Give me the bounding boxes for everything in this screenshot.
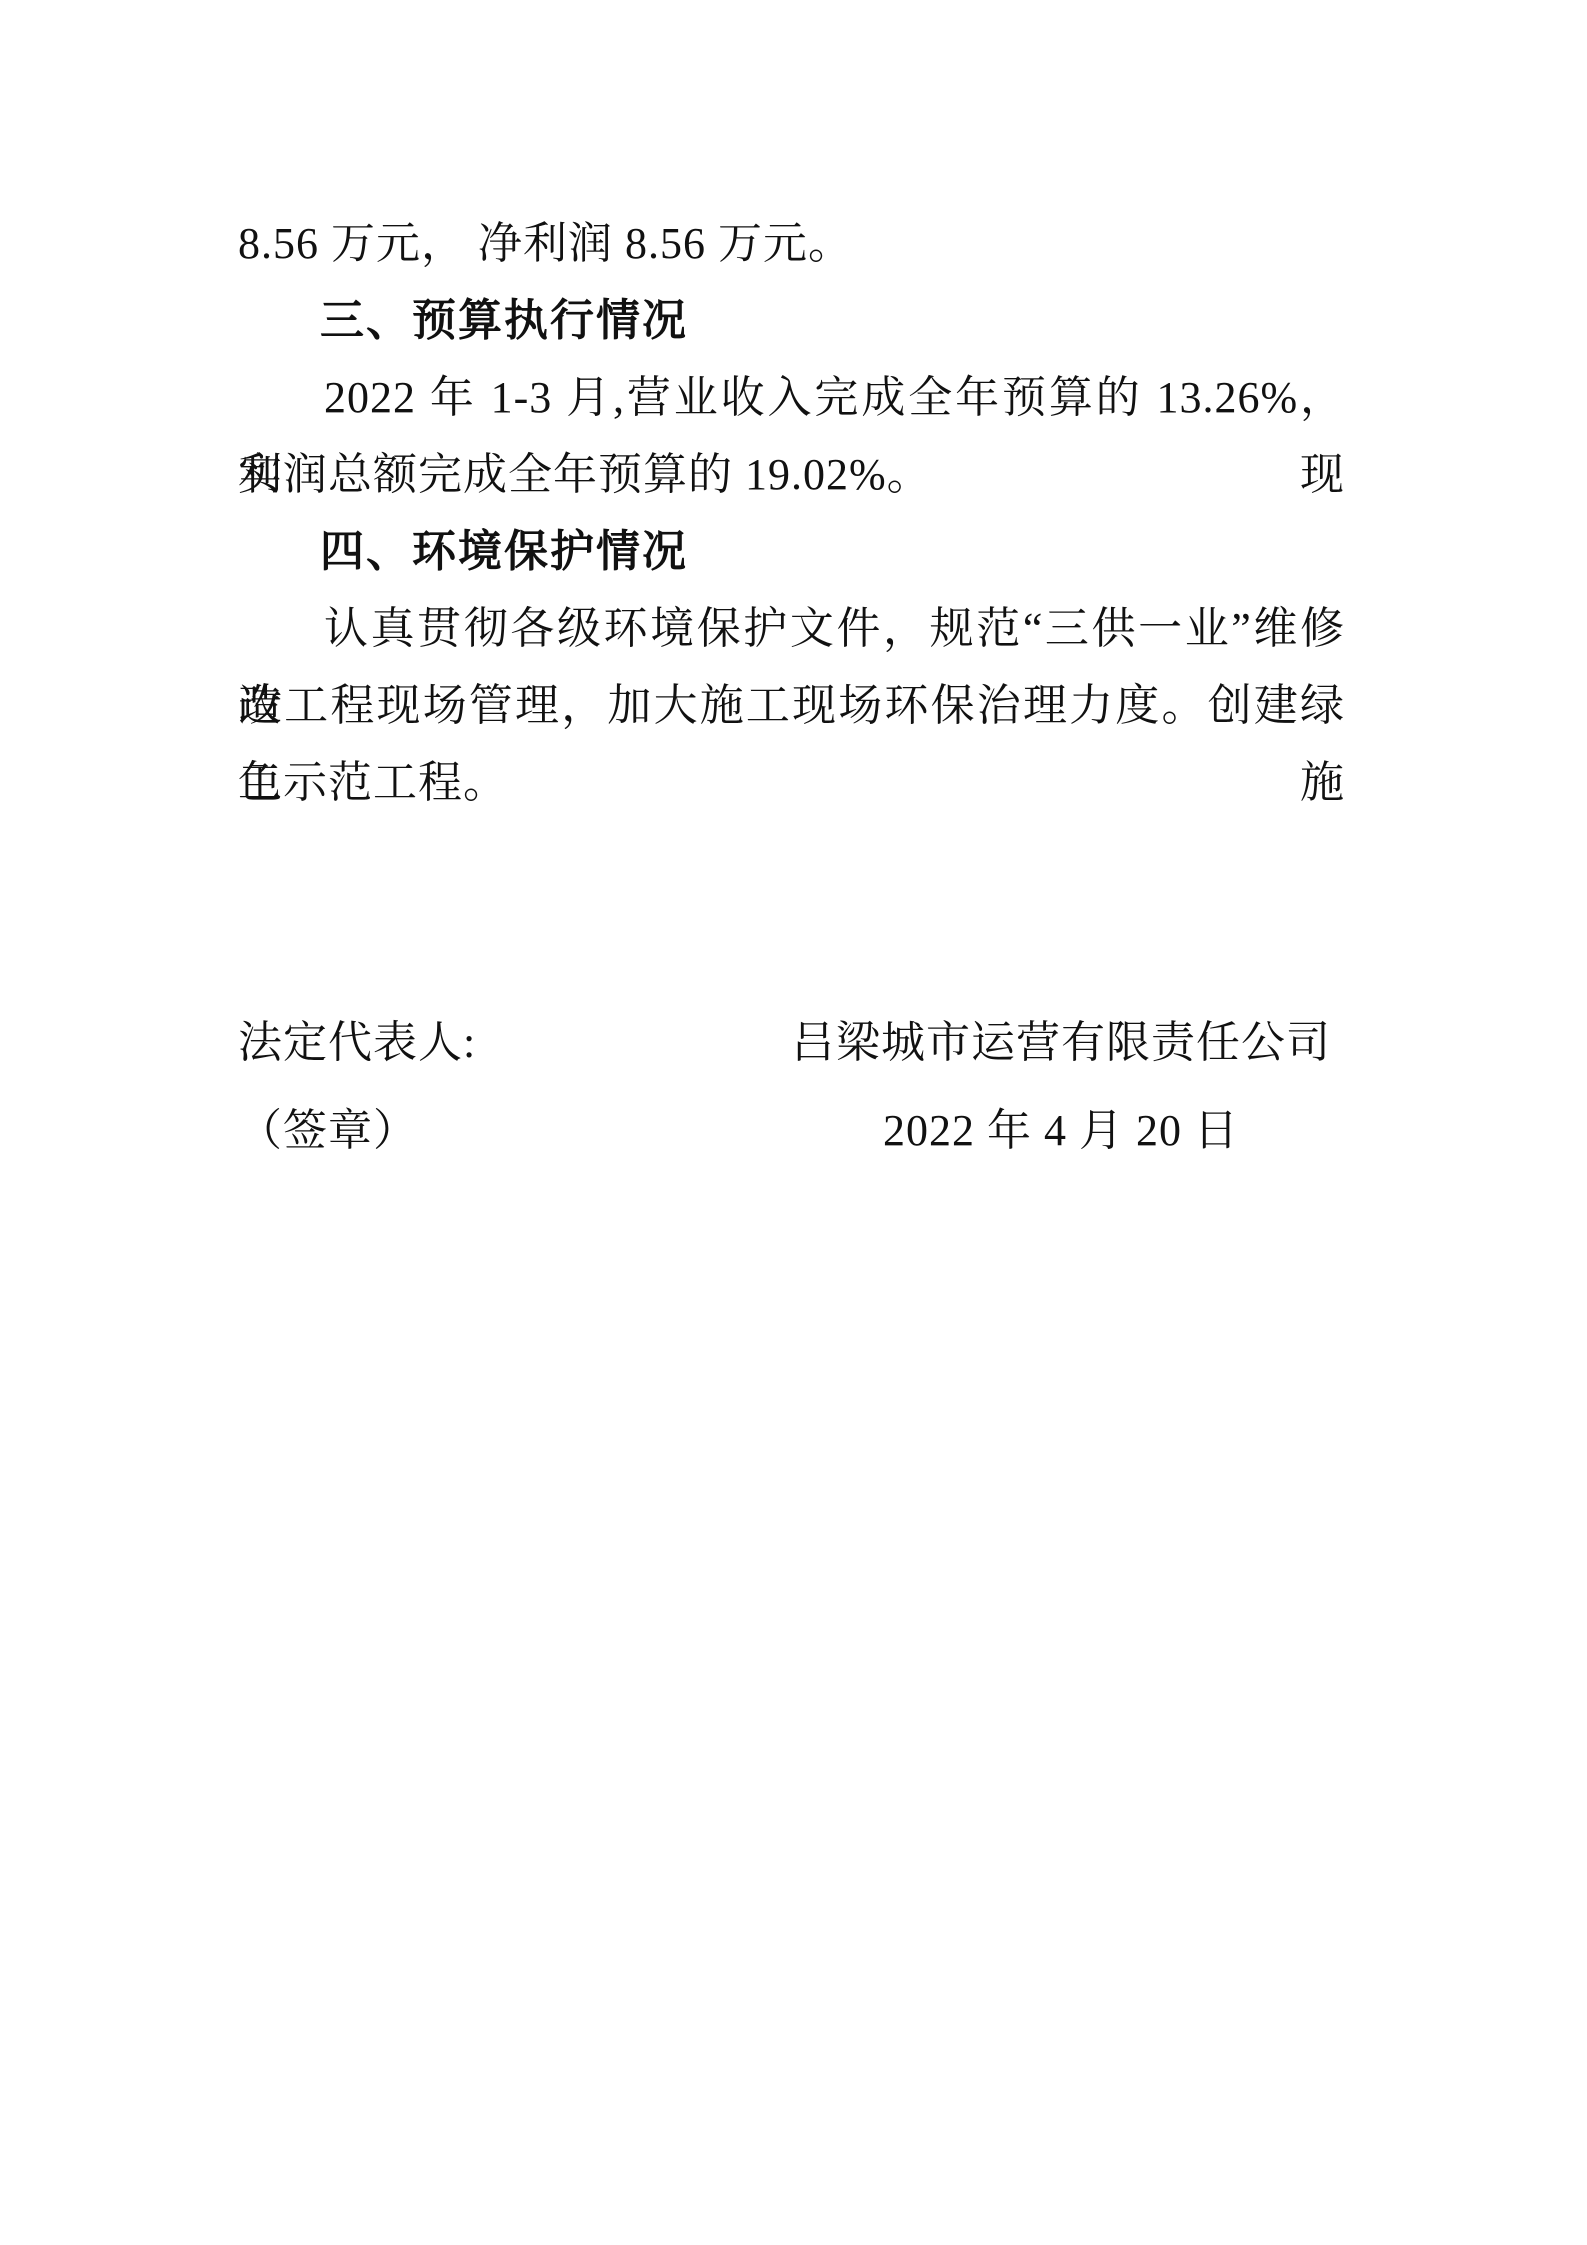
- paragraph-operating-results-end: 8.56 万元， 净利润 8.56 万元。: [238, 205, 1345, 282]
- section-3-line-1: 2022 年 1-3 月,营业收入完成全年预算的 13.26%，实现: [238, 359, 1345, 436]
- document-page: 8.56 万元， 净利润 8.56 万元。 三、预算执行情况 2022 年 1-…: [0, 0, 1587, 2245]
- section-4-heading: 四、环境保护情况: [238, 513, 1345, 590]
- signature-left-column: 法定代表人: （签章）: [238, 999, 476, 1175]
- seal-label: （签章）: [238, 1087, 476, 1175]
- company-name: 吕梁城市运营有限责任公司: [791, 999, 1331, 1087]
- signature-block: 法定代表人: （签章） 吕梁城市运营有限责任公司 2022 年 4 月 20 日: [238, 999, 1345, 1175]
- signature-right-column: 吕梁城市运营有限责任公司 2022 年 4 月 20 日: [791, 999, 1331, 1175]
- section-4-line-2: 造工程现场管理，加大施工现场环保治理力度。创建绿色施: [238, 667, 1345, 744]
- section-4-line-1: 认真贯彻各级环境保护文件，规范“三供一业”维修改: [238, 590, 1345, 667]
- document-body: 8.56 万元， 净利润 8.56 万元。 三、预算执行情况 2022 年 1-…: [238, 205, 1345, 1175]
- section-3-heading: 三、预算执行情况: [238, 282, 1345, 359]
- signature-date: 2022 年 4 月 20 日: [791, 1087, 1331, 1175]
- legal-representative-label: 法定代表人:: [238, 999, 476, 1087]
